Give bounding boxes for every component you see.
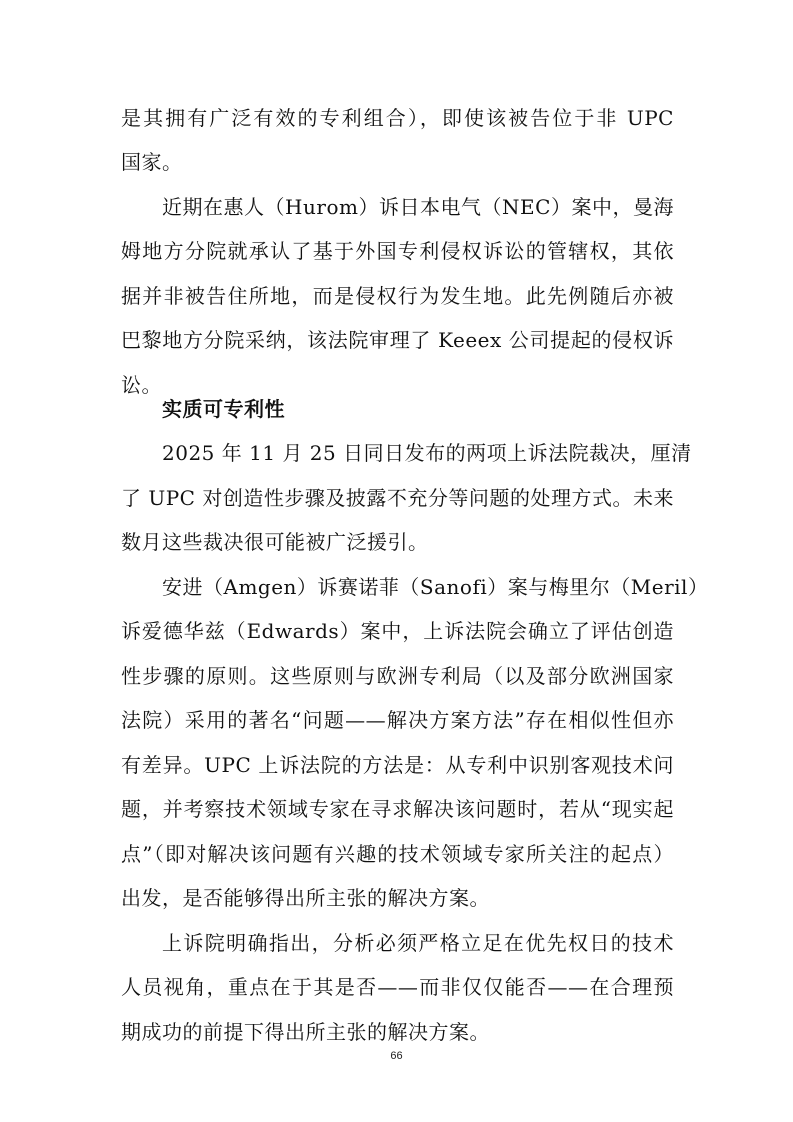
body-line: 题，并考察技术领域专家在寻求解决该问题时，若从“现实起 (121, 794, 674, 824)
paragraph-first-line: 2025 年 11 月 25 日同日发布的两项上诉法院裁决，厘清 (162, 438, 674, 468)
paragraph-first-line: 安进（Amgen）诉赛诺菲（Sanofi）案与梅里尔（Meril） (162, 572, 674, 602)
paragraph-first-line: 上诉院明确指出，分析必须严格立足在优先权日的技术 (162, 928, 674, 958)
section-heading: 实质可专利性 (162, 394, 674, 424)
body-line: 点”（即对解决该问题有兴趣的技术领域专家所关注的起点） (121, 839, 674, 869)
body-line: 期成功的前提下得出所主张的解决方案。 (121, 1017, 674, 1047)
body-line: 性步骤的原则。这些原则与欧洲专利局（以及部分欧洲国家 (121, 661, 674, 691)
body-line: 诉爱德华兹（Edwards）案中，上诉法院会确立了评估创造 (121, 616, 674, 646)
body-line: 据并非被告住所地，而是侵权行为发生地。此先例随后亦被 (121, 281, 674, 311)
body-line: 巴黎地方分院采纳，该法院审理了 Keeex 公司提起的侵权诉 (121, 325, 674, 355)
page-number: 66 (0, 1050, 793, 1062)
body-line: 人员视角，重点在于其是否——而非仅仅能否——在合理预 (121, 972, 674, 1002)
body-line: 有差异。UPC 上诉法院的方法是：从专利中识别客观技术问 (121, 750, 674, 780)
body-line: 数月这些裁决很可能被广泛援引。 (121, 527, 674, 557)
body-line: 了 UPC 对创造性步骤及披露不充分等问题的处理方式。未来 (121, 483, 674, 513)
body-line: 是其拥有广泛有效的专利组合），即使该被告位于非 UPC (121, 103, 674, 133)
body-line: 法院）采用的著名“问题——解决方案方法”存在相似性但亦 (121, 705, 674, 735)
body-line: 出发，是否能够得出所主张的解决方案。 (121, 883, 674, 913)
document-page: 是其拥有广泛有效的专利组合），即使该被告位于非 UPC 国家。 近期在惠人（Hu… (0, 0, 793, 1122)
paragraph-first-line: 近期在惠人（Hurom）诉日本电气（NEC）案中，曼海 (162, 192, 674, 222)
body-line: 姆地方分院就承认了基于外国专利侵权诉讼的管辖权，其依 (121, 236, 674, 266)
body-line: 国家。 (121, 147, 674, 177)
